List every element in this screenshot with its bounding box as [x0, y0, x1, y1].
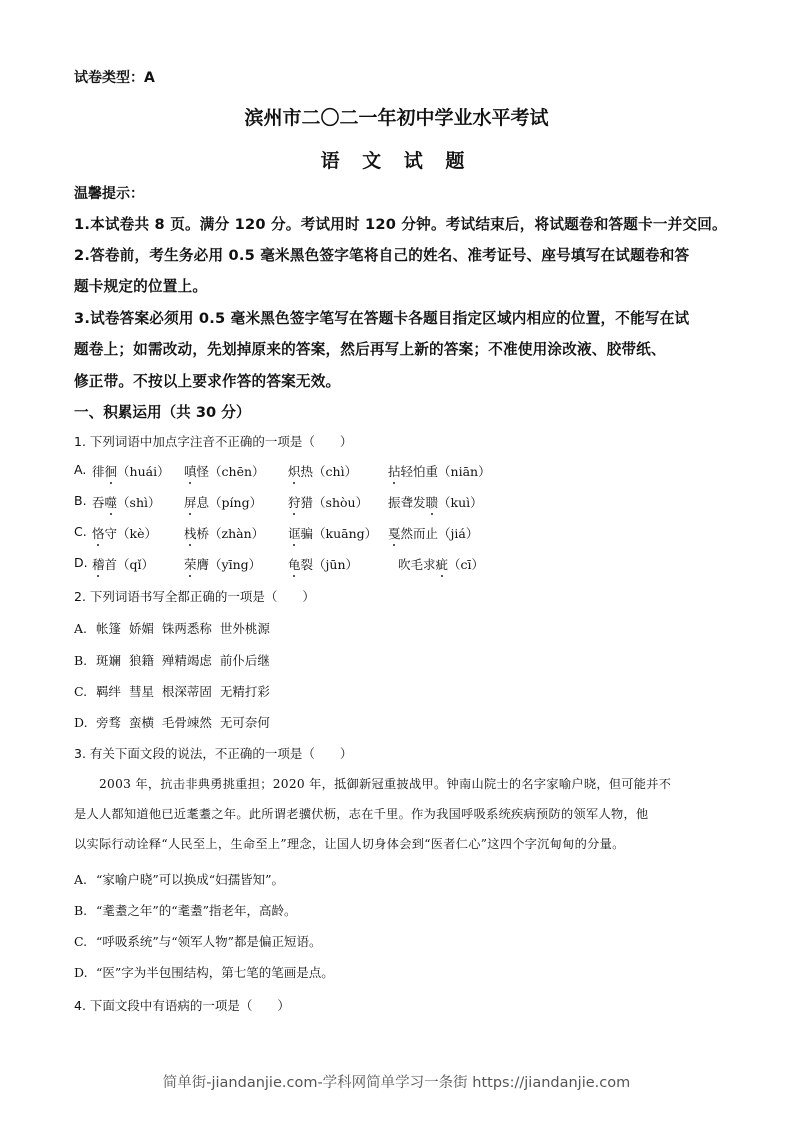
option-item: 恪守（kè）	[92, 524, 157, 542]
question-3-option-b: B.“耄耋之年”的“耄耋”指老年，高龄。	[74, 901, 297, 919]
question-3-passage-line-1: 2003 年，抗击非典勇挑重担；2020 年，抵御新冠重披战甲。钟南山院士的名字…	[74, 775, 671, 792]
dotted-char: 诓	[288, 524, 301, 542]
notice-line-4: 3.试卷答案必须用 0.5 毫米黑色签字笔写在答题卡各题目指定区域内相应的位置，…	[74, 307, 689, 328]
question-number: 4.	[74, 998, 86, 1013]
option-item: 戛然而止（jiá）	[388, 524, 478, 542]
question-3-passage-line-2: 是人人都知道他已近耄耋之年。此所谓老骥伏枥，志在千里。作为我国呼吸系统疾病预防的…	[74, 805, 648, 822]
question-number: 2.	[74, 589, 86, 604]
dotted-char: 狩	[288, 493, 301, 511]
dotted-char: 荣	[184, 555, 197, 573]
notice-line-1: 1.本试卷共 8 页。满分 120 分。考试用时 120 分钟。考试结束后，将试…	[74, 213, 727, 234]
dotted-char: 屏	[184, 493, 197, 511]
question-text: 有关下面文段的说法，不正确的一项是（ ）	[90, 746, 353, 761]
notice-heading: 温馨提示：	[74, 183, 144, 203]
option-item: 徘徊（huái）	[92, 462, 170, 480]
question-1-option-b: B. 吞噬（shì） 屏息（píng） 狩猎（shòu） 振聋发聩（kuì）	[74, 493, 734, 513]
question-3-option-d: D.“医”字为半包围结构，第七笔的笔画是点。	[74, 963, 334, 981]
question-3-option-a: A.“家喻户晓”可以换成“妇孺皆知”。	[74, 870, 284, 888]
dotted-char: 恪	[92, 524, 105, 542]
dotted-char: 拈	[388, 462, 401, 480]
question-2-option-c: C.羁绊 彗星 根深蒂固 无精打彩	[74, 682, 270, 700]
option-item: 狩猎（shòu）	[288, 493, 368, 511]
option-label: B.	[74, 493, 92, 508]
question-2-option-b: B.斑斓 狼籍 殚精竭虑 前仆后继	[74, 651, 270, 669]
question-3-stem: 3. 有关下面文段的说法，不正确的一项是（ ）	[74, 744, 352, 762]
dotted-char: 栈	[184, 524, 197, 542]
option-item: 诓骗（kuāng）	[288, 524, 377, 542]
question-2-option-d: D.旁骛 蛮横 毛骨竦然 无可奈何	[74, 713, 270, 731]
exam-subtitle: 语 文 试 题	[0, 146, 793, 173]
dotted-char: 嗔	[184, 462, 197, 480]
question-3-option-c: C.“呼吸系统”与“领军人物”都是偏正短语。	[74, 932, 322, 950]
dotted-char: 徊	[105, 462, 118, 480]
footer-watermark: 简单街-jiandanjie.com-学科网简单学习一条街 https://ji…	[0, 1071, 793, 1092]
option-item: 嗔怪（chēn）	[184, 462, 265, 480]
exam-title: 滨州市二〇二一年初中学业水平考试	[0, 103, 793, 130]
option-item: 龟裂（jūn）	[288, 555, 358, 573]
paper-type-label: 试卷类型：A	[74, 67, 155, 87]
option-item: 稽首（qǐ）	[92, 555, 154, 573]
question-1-stem: 1. 下列词语中加点字注音不正确的一项是（ ）	[74, 432, 352, 450]
dotted-char: 聩	[426, 493, 439, 511]
question-text: 下列词语中加点字注音不正确的一项是（ ）	[90, 434, 353, 449]
dotted-char: 稽	[92, 555, 105, 573]
option-item: 吹毛求疵（cī）	[398, 555, 484, 573]
notice-line-2: 2.答卷前，考生务必用 0.5 毫米黑色签字笔将自己的姓名、准考证号、座号填写在…	[74, 244, 689, 265]
option-item: 拈轻怕重（niān）	[388, 462, 491, 480]
option-label: C.	[74, 524, 92, 539]
dotted-char: 戛	[388, 524, 401, 542]
option-item: 荣膺（yīng）	[184, 555, 261, 573]
option-item: 炽热（chì）	[288, 462, 357, 480]
question-2-stem: 2. 下列词语书写全都正确的一项是（ ）	[74, 587, 315, 605]
option-item: 振聋发聩（kuì）	[388, 493, 483, 511]
question-text: 下面文段中有语病的一项是（ ）	[90, 998, 290, 1013]
option-label: A.	[74, 462, 92, 477]
dotted-char: 疵	[436, 555, 449, 573]
notice-line-3: 题卡规定的位置上。	[74, 275, 207, 296]
question-2-option-a: A.帐篷 娇媚 铢两悉称 世外桃源	[74, 619, 270, 637]
option-item: 屏息（píng）	[184, 493, 262, 511]
question-3-passage-line-3: 以实际行动诠释“人民至上，生命至上”理念，让国人切身体会到“医者仁心”这四个字沉…	[74, 835, 625, 852]
section-heading: 一、积累运用（共 30 分）	[74, 401, 250, 422]
question-1-option-c: C. 恪守（kè） 栈桥（zhàn） 诓骗（kuāng） 戛然而止（jiá）	[74, 524, 734, 544]
question-4-stem: 4. 下面文段中有语病的一项是（ ）	[74, 996, 290, 1014]
option-label: D.	[74, 555, 92, 570]
question-1-option-d: D. 稽首（qǐ） 荣膺（yīng） 龟裂（jūn） 吹毛求疵（cī）	[74, 555, 734, 575]
notice-line-5: 题卷上；如需改动，先划掉原来的答案，然后再写上新的答案；不准使用涂改液、胶带纸、	[74, 338, 666, 359]
dotted-char: 龟	[288, 555, 301, 573]
option-item: 栈桥（zhàn）	[184, 524, 264, 542]
question-text: 下列词语书写全都正确的一项是（ ）	[90, 589, 315, 604]
question-1-option-a: A. 徘徊（huái） 嗔怪（chēn） 炽热（chì） 拈轻怕重（niān）	[74, 462, 734, 482]
dotted-char: 噬	[105, 493, 118, 511]
dotted-char: 炽	[288, 462, 301, 480]
option-item: 吞噬（shì）	[92, 493, 161, 511]
question-number: 1.	[74, 434, 86, 449]
notice-line-6: 修正带。不按以上要求作答的答案无效。	[74, 370, 340, 391]
question-number: 3.	[74, 746, 86, 761]
